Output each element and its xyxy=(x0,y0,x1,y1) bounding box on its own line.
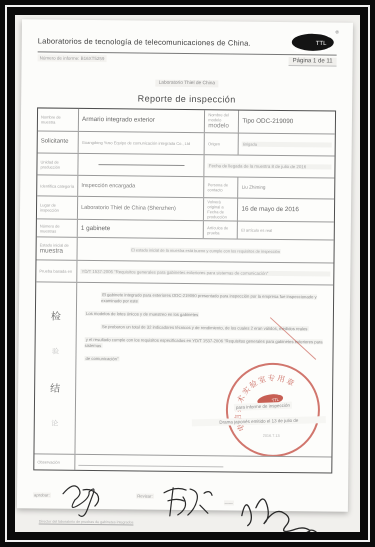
applicant-value: Guangdong Yuso Equipo de comunicación in… xyxy=(82,140,201,146)
sample-name-label: Nombre de muestra xyxy=(41,114,75,124)
conclusion-paragraph: y el resultado cumple con los requisitos… xyxy=(85,337,327,351)
category-value: Inspección encargada xyxy=(81,183,200,191)
blank-line xyxy=(98,164,184,166)
table-row-category: Identifica categoría Inspección encargad… xyxy=(37,174,334,198)
remark-blank-line xyxy=(78,459,223,467)
conclusion-paragraph: Los modelos de lotes únicos y de muestre… xyxy=(85,311,327,319)
conclusion-vertical-heading: 检 验 结 论 xyxy=(34,282,76,453)
initial-state-label: muestra xyxy=(40,247,74,255)
table-row-remark: Observación xyxy=(34,453,331,472)
test-basis-label: Prueba basada en xyxy=(39,268,73,273)
document-page: Laboratorios de tecnología de telecomuni… xyxy=(17,19,353,511)
table-row-production: Unidad de producción Fecha de llegada de… xyxy=(37,152,334,177)
table-row-sample: Nombre de muestra Armario integrado exte… xyxy=(38,108,335,133)
registered-mark: ® xyxy=(336,30,339,35)
origin-value: Brigada xyxy=(242,142,332,148)
svg-text:TTL: TTL xyxy=(316,41,327,47)
table-row-applicant: Solicitante Guangdong Yuso Equipo de com… xyxy=(38,130,335,155)
table-row-location: Lugar de inspección Laboratorio Thiel de… xyxy=(37,195,334,221)
report-number: Número de informe: B16XT5259 xyxy=(38,54,107,62)
cttl-logo-icon: TTL xyxy=(291,32,337,52)
production-unit-label: Unidad de producción xyxy=(40,159,74,169)
applicant-label: Solicitante xyxy=(41,138,75,146)
page-indicator: Página 1 de 11 xyxy=(289,57,337,67)
approver-caption: Director del laboratorio de pruebas de g… xyxy=(39,519,134,524)
photo-area: Laboratorios de tecnología de telecomuni… xyxy=(15,15,360,532)
model-label: modelo xyxy=(208,122,235,130)
approver-signature-block: aprobar: Director del laboratorio de pru… xyxy=(33,477,137,524)
arrival-date-value: Fecha de llegada de la muestra 8 de juli… xyxy=(208,163,332,170)
conclusion-paragraph: Se probaron un total de 32 indicadores t… xyxy=(101,324,327,332)
quantity-label: Número de muestras xyxy=(40,223,74,233)
model-label-small: Nombre del modelo xyxy=(208,112,235,122)
approve-label: aprobar: xyxy=(33,492,51,497)
document-title: Reporte de inspección xyxy=(37,92,336,105)
conclusion-paragraph: El gabinete integrado para exteriores OD… xyxy=(101,292,327,306)
production-date-label-2: Fecha de producción xyxy=(207,209,234,219)
table-row-test-basis: Prueba basada en YD/T 1537-2006 "Requisi… xyxy=(36,259,333,284)
initial-state-value: El estado inicial de la muestra está bue… xyxy=(130,247,281,254)
report-table: Nombre de muestra Armario integrado exte… xyxy=(33,107,336,473)
reviewer-signature-block: Revisar: xyxy=(136,478,224,525)
lab-title: Laboratorios de tecnología de telecomuni… xyxy=(38,29,251,47)
third-signature-block: —— xyxy=(223,485,332,532)
test-items-value: El artículo es real xyxy=(241,228,331,234)
contact-label: Persona de contacto xyxy=(208,182,235,192)
framed-photo: Laboratorios de tecnología de telecomuni… xyxy=(0,0,375,547)
reviewer-signature-image xyxy=(155,479,219,526)
approver-signature-image xyxy=(52,478,118,525)
location-value: Laboratorio Thiel de China (Shenzhen) xyxy=(81,205,200,213)
stamp-date: 2016.7.13 xyxy=(263,434,280,438)
review-label: Revisar: xyxy=(136,493,153,498)
lab-subtitle: Laboratorio Thiel de China xyxy=(37,69,336,90)
production-date-value: 16 de mayo de 2016 xyxy=(241,206,331,214)
production-date-label-1: Volverá original a xyxy=(207,199,234,209)
category-label: Identifica categoría xyxy=(40,183,74,188)
test-basis-value: YD/T 1537-2006 "Requisitos generales par… xyxy=(80,269,330,277)
test-items-label: Artículos de prueba xyxy=(207,225,234,235)
contact-value: Liu Zhiming xyxy=(242,185,332,192)
origin-label: Origen xyxy=(208,141,235,146)
sample-name-value: Armario integrado exterior xyxy=(82,116,201,125)
table-row-initial-state: Estado inicial de muestra El estado inic… xyxy=(36,236,333,262)
remark-label: Observación xyxy=(37,459,71,464)
third-label: —— xyxy=(224,500,234,505)
model-value: Tipo ODC-219090 xyxy=(242,118,332,126)
quantity-value: 1 gabinete xyxy=(81,225,200,234)
cttl-logo: TTL ® xyxy=(291,32,337,52)
location-label: Lugar de inspección xyxy=(40,202,74,212)
third-signature-image xyxy=(236,486,332,532)
table-row-quantity: Número de muestras 1 gabinete Artículos … xyxy=(37,218,334,239)
table-row-conclusion: 检 验 结 论 El gabinete integrado para exter… xyxy=(34,281,333,456)
conclusion-cell: El gabinete integrado para exteriores OD… xyxy=(75,283,334,457)
signature-row: aprobar: Director del laboratorio de pru… xyxy=(33,477,333,532)
